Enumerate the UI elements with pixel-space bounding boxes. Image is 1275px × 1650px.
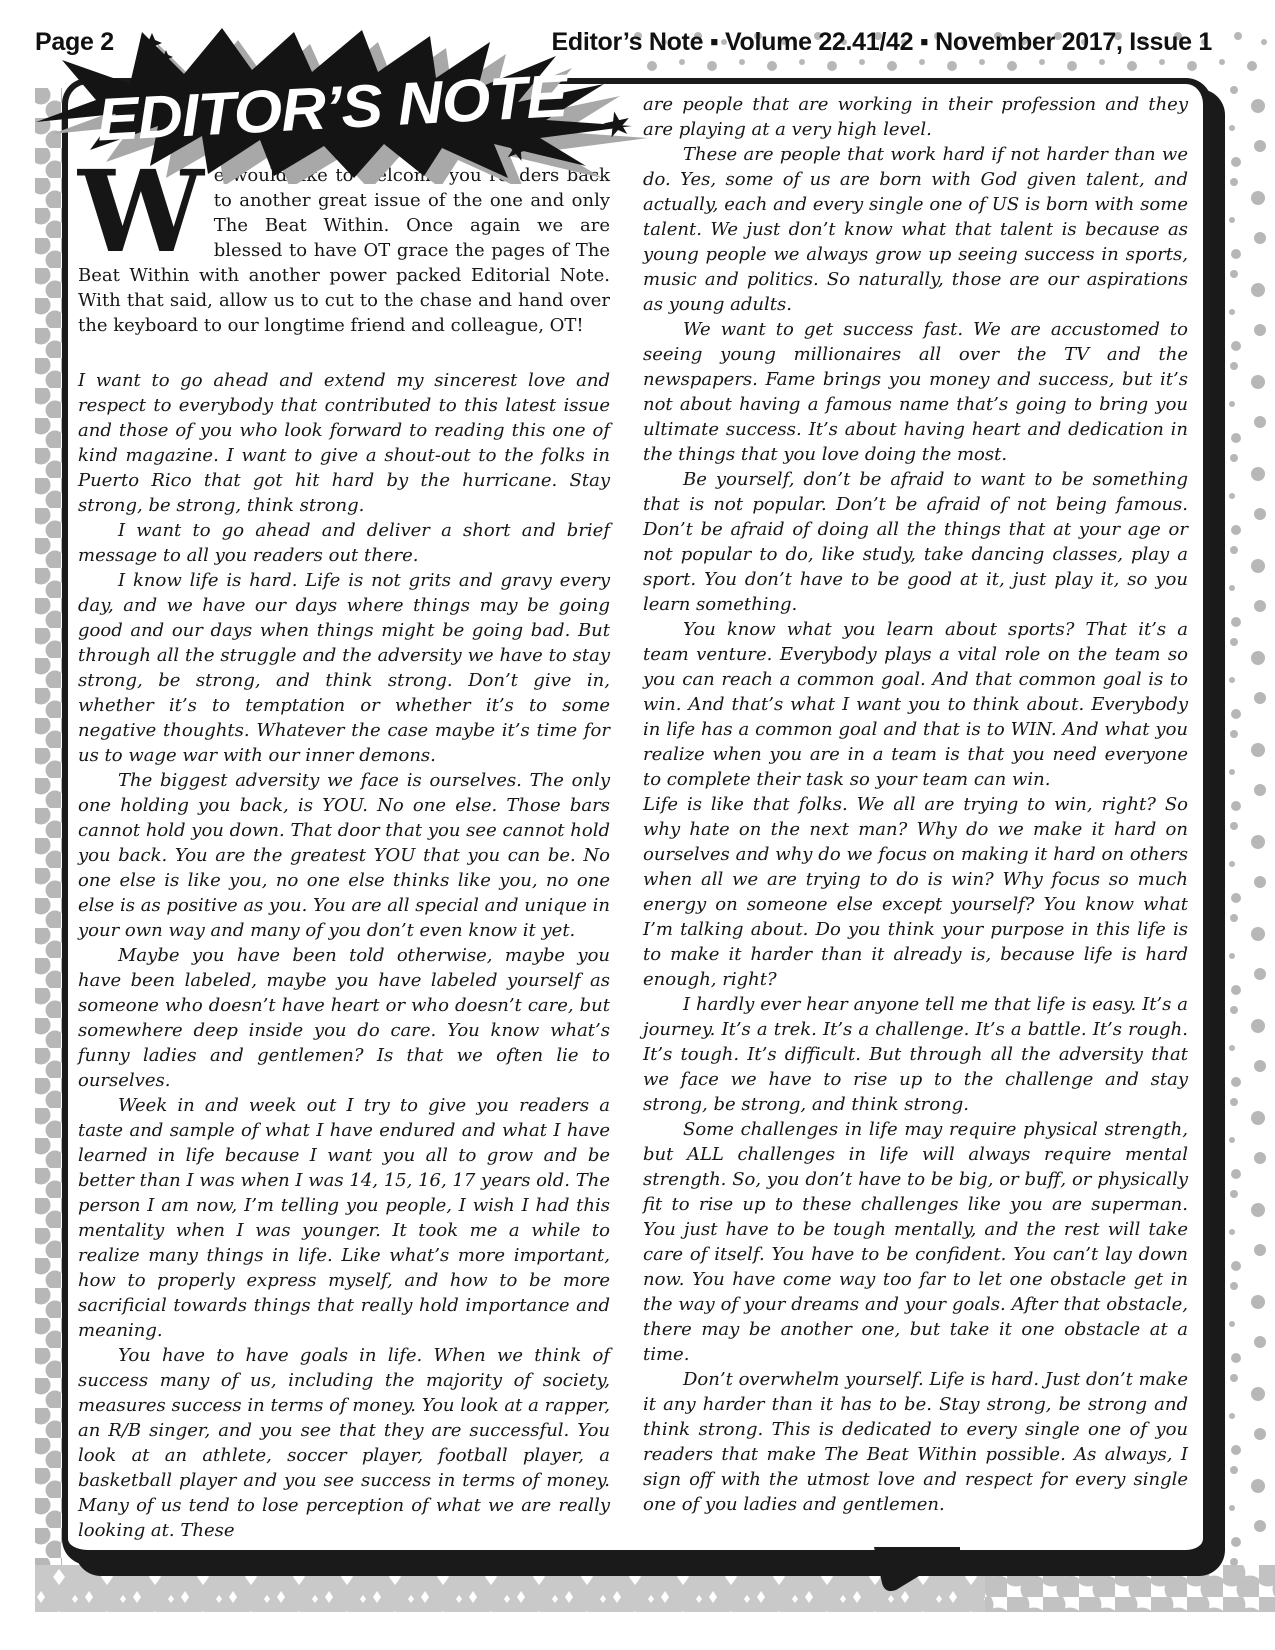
intro-paragraph: We would like to welcome you readers bac… <box>78 163 610 338</box>
article-column-left: We would like to welcome you readers bac… <box>78 163 610 1543</box>
article-paragraph: These are people that work hard if not h… <box>643 142 1188 317</box>
article-paragraph: Week in and week out I try to give you r… <box>78 1093 610 1343</box>
speech-bubble-tail <box>874 1547 964 1597</box>
magazine-page: Page 2 Editor’s Note ▪ Volume 22.41/42 ▪… <box>0 0 1275 1650</box>
halftone-right-strip <box>1222 80 1275 1565</box>
article-paragraph: are people that are working in their pro… <box>643 92 1188 142</box>
article-paragraph: Be yourself, don’t be afraid to want to … <box>643 467 1188 617</box>
article-paragraph: The biggest adversity we face is ourselv… <box>78 768 610 943</box>
article-paragraph: Maybe you have been told otherwise, mayb… <box>78 943 610 1093</box>
article-paragraph: I know life is hard. Life is not grits a… <box>78 568 610 768</box>
article-paragraph: Life is like that folks. We all are tryi… <box>643 792 1188 992</box>
article-paragraph: You have to have goals in life. When we … <box>78 1343 610 1543</box>
article-column-right: are people that are working in their pro… <box>643 92 1188 1517</box>
article-paragraph: I want to go ahead and extend my sincere… <box>78 368 610 518</box>
issue-line: Editor’s Note ▪ Volume 22.41/42 ▪ Novemb… <box>552 28 1212 57</box>
page-header: Page 2 Editor’s Note ▪ Volume 22.41/42 ▪… <box>35 28 1212 57</box>
sparkle-bottom-band <box>35 1565 1275 1612</box>
page-number-label: Page 2 <box>35 28 114 57</box>
halftone-left-strip <box>35 88 62 1612</box>
article-paragraph: I want to go ahead and deliver a short a… <box>78 518 610 568</box>
article-paragraph: I hardly ever hear anyone tell me that l… <box>643 992 1188 1117</box>
article-paragraph: Don’t overwhelm yourself. Life is hard. … <box>643 1367 1188 1517</box>
article-paragraph: We want to get success fast. We are accu… <box>643 317 1188 467</box>
article-paragraph: You know what you learn about sports? Th… <box>643 617 1188 792</box>
article-paragraph: Some challenges in life may require phys… <box>643 1117 1188 1367</box>
